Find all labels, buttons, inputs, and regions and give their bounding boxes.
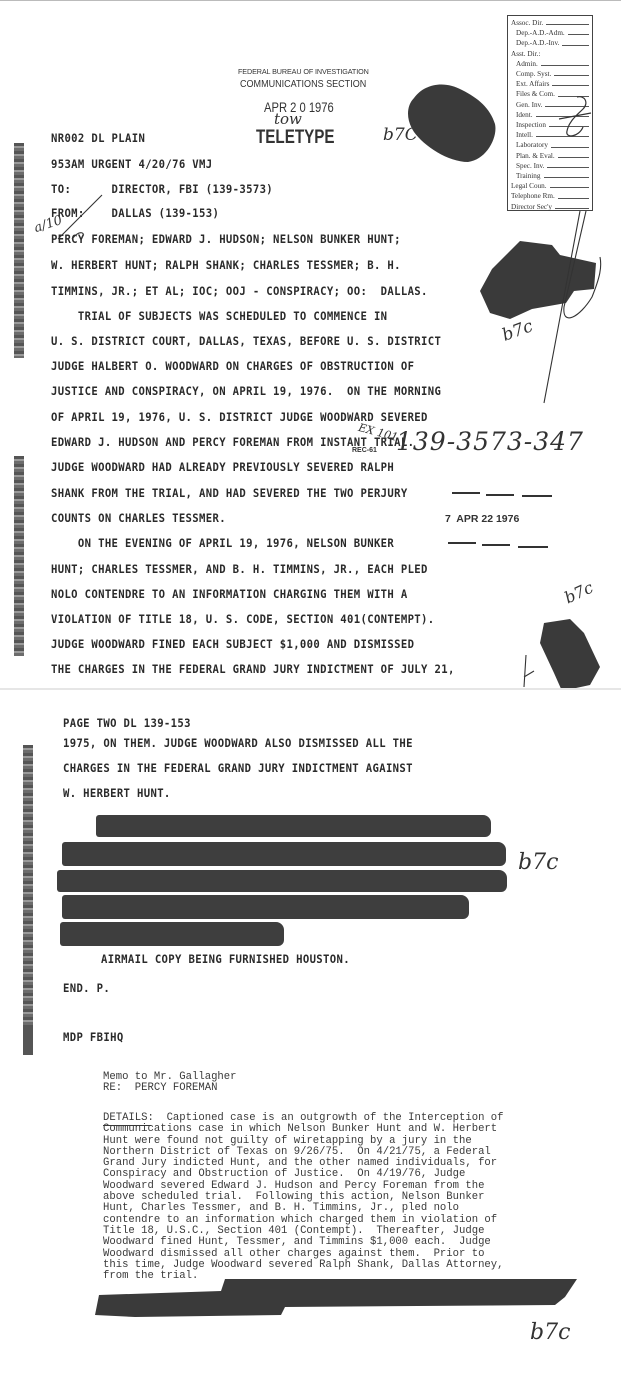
handwritten-slash bbox=[52, 189, 112, 249]
redaction-blob bbox=[400, 76, 500, 166]
underline-dash bbox=[518, 546, 548, 548]
teletype-line: U. S. DISTRICT COURT, DALLAS, TEXAS, BEF… bbox=[51, 336, 441, 349]
teletype-line: NR002 DL PLAIN bbox=[51, 133, 145, 146]
underline-dash bbox=[482, 544, 510, 546]
redaction-blob bbox=[95, 1275, 585, 1321]
underline-dash bbox=[486, 494, 514, 496]
handwritten-initials bbox=[555, 91, 595, 141]
redaction-bar bbox=[62, 842, 506, 866]
memo-re: RE: PERCY FOREMAN bbox=[103, 1083, 217, 1094]
teletype-line: JUDGE WOODWARD HAD ALREADY PREVIOUSLY SE… bbox=[51, 462, 394, 475]
sender-signature: MDP FBIHQ bbox=[63, 1032, 124, 1045]
redaction-bar bbox=[96, 815, 491, 837]
teletype-line: TRIAL OF SUBJECTS WAS SCHEDULED TO COMME… bbox=[51, 311, 387, 324]
stamp-agency: FEDERAL BUREAU OF INVESTIGATION bbox=[238, 67, 369, 76]
teletype-page-1: FEDERAL BUREAU OF INVESTIGATION COMMUNIC… bbox=[0, 0, 621, 689]
teletype-line: JUDGE HALBERT O. WOODWARD ON CHARGES OF … bbox=[51, 361, 414, 374]
teletype-line: 953AM URGENT 4/20/76 VMJ bbox=[51, 159, 212, 172]
routing-slip-item: Plan. & Eval. bbox=[511, 151, 589, 161]
routing-slip-item: Laboratory bbox=[511, 140, 589, 150]
teletype-line: W. HERBERT HUNT. bbox=[63, 788, 171, 801]
routing-slip-item: Assoc. Dir. bbox=[511, 18, 589, 28]
teletype-line: JUDGE WOODWARD FINED EACH SUBJECT $1,000… bbox=[51, 639, 414, 652]
details-underline bbox=[103, 1125, 151, 1126]
teletype-line: COUNTS ON CHARLES TESSMER. bbox=[51, 513, 226, 526]
handwritten-mark bbox=[520, 651, 540, 691]
teletype-line: JUSTICE AND CONSPIRACY, ON APRIL 19, 197… bbox=[51, 386, 441, 399]
airmail-notice: AIRMAIL COPY BEING FURNISHED HOUSTON. bbox=[101, 954, 350, 967]
annotation-rec: REC-61 bbox=[352, 447, 377, 454]
teletype-line: HUNT; CHARLES TESSMER, AND B. H. TIMMINS… bbox=[51, 564, 428, 577]
teletype-line: TIMMINS, JR.; ET AL; IOC; OOJ - CONSPIRA… bbox=[51, 286, 428, 299]
annotation-b7c: b7c bbox=[561, 578, 596, 608]
memo-details: DETAILS: Captioned case is an outgrowth … bbox=[103, 1113, 504, 1282]
underline-dash bbox=[522, 495, 552, 497]
received-stamp: 7 APR 22 1976 bbox=[445, 513, 519, 525]
annotation-file-number: 139-3573-347 bbox=[396, 427, 584, 456]
teletype-line: NOLO CONTENDRE TO AN INFORMATION CHARGIN… bbox=[51, 589, 408, 602]
routing-slip-item: Ext. Affairs bbox=[511, 79, 589, 89]
routing-slip-item: Comp. Syst. bbox=[511, 69, 589, 79]
underline-dash bbox=[448, 542, 476, 544]
page-two-header: PAGE TWO DL 139-153 bbox=[63, 718, 191, 731]
annotation-b7c: b7c bbox=[518, 850, 558, 875]
scan-edge-artifact bbox=[23, 1025, 33, 1055]
routing-slip-item: Spec. Inv. bbox=[511, 161, 589, 171]
routing-slip-item: Admin. bbox=[511, 59, 589, 69]
teletype-line: ON THE EVENING OF APRIL 19, 1976, NELSON… bbox=[51, 538, 394, 551]
routing-slip-item: Asst. Dir.: bbox=[511, 49, 589, 59]
teletype-line: CHARGES IN THE FEDERAL GRAND JURY INDICT… bbox=[63, 763, 413, 776]
redaction-blob bbox=[534, 613, 604, 693]
teletype-line: 1975, ON THEM. JUDGE WOODWARD ALSO DISMI… bbox=[63, 738, 413, 751]
redaction-bar bbox=[60, 922, 284, 946]
handwritten-line bbox=[540, 207, 610, 407]
annotation-b7c: b7c bbox=[530, 1320, 570, 1345]
redaction-bar bbox=[62, 895, 469, 919]
routing-slip-item: Training bbox=[511, 171, 589, 181]
routing-slip-item: Dep.-A.D.-Inv. bbox=[511, 38, 589, 48]
teletype-line: VIOLATION OF TITLE 18, U. S. CODE, SECTI… bbox=[51, 614, 435, 627]
teletype-line: THE CHARGES IN THE FEDERAL GRAND JURY IN… bbox=[51, 664, 455, 677]
teletype-page-2: PAGE TWO DL 139-153 1975, ON THEM. JUDGE… bbox=[0, 690, 621, 1393]
routing-slip-item: Telephone Rm. bbox=[511, 191, 589, 201]
scan-edge-artifact bbox=[14, 143, 24, 358]
stamp-type: TELETYPE bbox=[256, 127, 335, 149]
scan-edge-artifact bbox=[23, 745, 33, 1035]
stamp-section: COMMUNICATIONS SECTION bbox=[240, 78, 366, 90]
stamp-handwriting: tow bbox=[274, 110, 302, 128]
end-marker: END. P. bbox=[63, 983, 110, 996]
routing-slip-item: Legal Coun. bbox=[511, 181, 589, 191]
teletype-line: W. HERBERT HUNT; RALPH SHANK; CHARLES TE… bbox=[51, 260, 401, 273]
teletype-line: OF APRIL 19, 1976, U. S. DISTRICT JUDGE … bbox=[51, 412, 428, 425]
scan-edge-artifact bbox=[14, 456, 24, 656]
underline-dash bbox=[452, 492, 480, 494]
teletype-line: SHANK FROM THE TRIAL, AND HAD SEVERED TH… bbox=[51, 488, 408, 501]
redaction-bar bbox=[57, 870, 507, 892]
routing-slip-item: Dep.-A.D.-Adm. bbox=[511, 28, 589, 38]
